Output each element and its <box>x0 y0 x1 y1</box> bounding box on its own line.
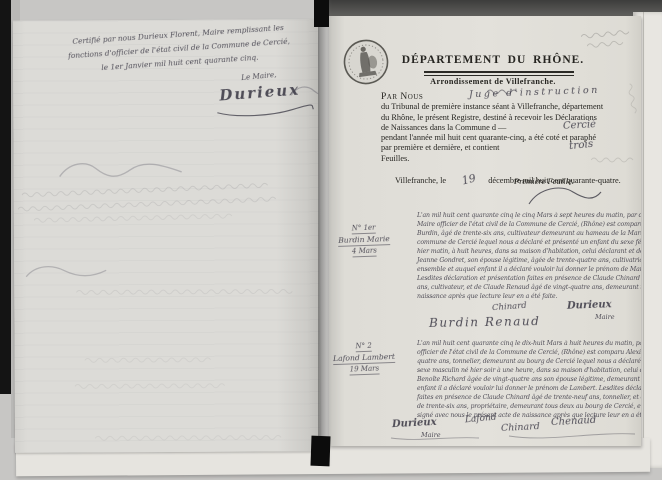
bleedthrough-flourish <box>289 83 320 99</box>
entry1-body-line: ans, cultivateur, et de Claude Renaud âg… <box>417 284 641 293</box>
scanned-register-photo: Certifié par nous Durieux Florent, Maire… <box>0 0 662 480</box>
preamble-line: du Rhône, le présent Registre, destiné à… <box>381 113 641 123</box>
entry2-signature-witness2: Chenaud <box>551 415 597 428</box>
closing-formula: Le Maire, <box>241 70 277 82</box>
entry1-body-line: L'an mil huit cent quarante cinq le cinq… <box>417 212 641 221</box>
header-rule <box>424 71 574 76</box>
book-cover-left-edge <box>0 0 11 394</box>
preamble-line: de Naissances dans la Commune d — <box>381 123 506 132</box>
bleedthrough-text-line <box>85 356 215 366</box>
preamble-line: Feuilles. <box>381 154 641 164</box>
entry2-margin: N° 2 Lafond Lambert 19 Mars <box>329 341 400 374</box>
entry2-body-line: quatre ans, tonnelier, demeurant au bour… <box>417 358 641 367</box>
entry2-number: N° 2 <box>355 342 372 353</box>
bleedthrough-signature <box>56 158 188 185</box>
binding-gutter-shadow <box>318 0 332 466</box>
entry2-body-line: de trente-six ans, propriétaire, demeura… <box>417 403 641 412</box>
entry1-body-line: Jeanne Gondret, son épouse légitime, âgé… <box>417 257 641 266</box>
entry1-body-line: ensemble et auquel enfant il a déclaré v… <box>417 266 641 275</box>
entry1-body-line: Burdin, âgé de trente-six ans, cultivate… <box>417 230 641 239</box>
par-nous-label: Par Nous <box>381 92 423 102</box>
bleedthrough-text-line <box>34 212 234 226</box>
entry1-number: N° 1er <box>352 224 376 235</box>
entry1-body-line: Lesdites déclaration et présentation fai… <box>417 275 641 284</box>
entry2-body: L'an mil huit cent quarante cinq le dix-… <box>417 340 641 421</box>
date-prefix: Villefranche, le <box>395 176 446 185</box>
department-title: DÉPARTEMENT DU RHÔNE. <box>329 54 641 66</box>
entry1-body: L'an mil huit cent quarante cinq le cinq… <box>417 212 641 302</box>
binding-tape-bottom <box>310 436 330 467</box>
entry2-body-line: signé avec nous le présent acte de naiss… <box>417 412 641 421</box>
left-page: Certifié par nous Durieux Florent, Maire… <box>13 19 320 453</box>
right-page: DÉPARTEMENT DU RHÔNE. Arrondissement de … <box>329 16 641 446</box>
register-preamble: Par Nous Juge d'instruction du Tribunal … <box>381 92 641 185</box>
entry2-name: Lafond Lambert <box>333 352 395 365</box>
certification-note: Certifié par nous Durieux Florent, Maire… <box>52 20 306 79</box>
handwritten-day: 19 <box>461 174 477 187</box>
entry1-body-line: Maire officier de l'état civil de la Com… <box>417 221 641 230</box>
entry2-body-line: sexe masculin né hier soir à une heure, … <box>417 367 641 376</box>
entry1-margin: N° 1er Burdin Marie 4 Mars <box>330 223 397 256</box>
entry2-signature-father: Lafond <box>465 413 497 426</box>
entry2-body-line: Benoîte Richard âgée de vingt-quatre ans… <box>417 376 641 385</box>
bleedthrough-text-line <box>95 433 285 443</box>
signature-flourish <box>215 103 315 118</box>
entry2-body-line: officier de l'état civil de la Commune d… <box>417 349 641 358</box>
entry1-signature-mayor-title: Maire <box>595 313 615 321</box>
entry1-name: Burdin Marie <box>338 234 390 247</box>
bleedthrough-text-line <box>76 287 294 297</box>
entry1-date: 4 Mars <box>352 247 377 258</box>
handwritten-commune: Cercié <box>563 120 597 132</box>
entry2-body-line: L'an mil huit cent quarante cinq le dix-… <box>417 340 641 349</box>
preamble-line: pendant l'année mil huit cent quarante-c… <box>381 133 641 143</box>
entry1-body-line: commune de Cercié lequel nous a déclaré … <box>417 239 641 248</box>
entry2-date: 19 Mars <box>350 364 380 375</box>
binding-tape-top <box>314 0 329 27</box>
entry1-signature-parties: Burdin Renaud <box>429 314 541 330</box>
entry2-body-line: enfant il a déclaré vouloir lui donner l… <box>417 385 641 394</box>
bleedthrough-text-line <box>75 382 225 392</box>
handwritten-count: trois <box>569 139 594 152</box>
bleedthrough-flourish <box>24 262 108 282</box>
entry2-body-line: faites en présence de Claude Chinard âgé… <box>417 394 641 403</box>
judge-paraph-flourish <box>525 184 605 210</box>
preamble-line: du Tribunal de première instance séant à… <box>381 102 641 112</box>
entry1-signature-mayor: Durieux <box>567 299 612 312</box>
entry1-body-line: hier matin, à huit heures, dans sa maiso… <box>417 248 641 257</box>
signature-tails-flourish <box>389 428 639 442</box>
entry1-signature-witness: Chinard <box>492 301 527 313</box>
preamble-line: par première et dernière, et contient <box>381 143 499 152</box>
handwritten-office: Juge d'instruction <box>469 86 600 101</box>
